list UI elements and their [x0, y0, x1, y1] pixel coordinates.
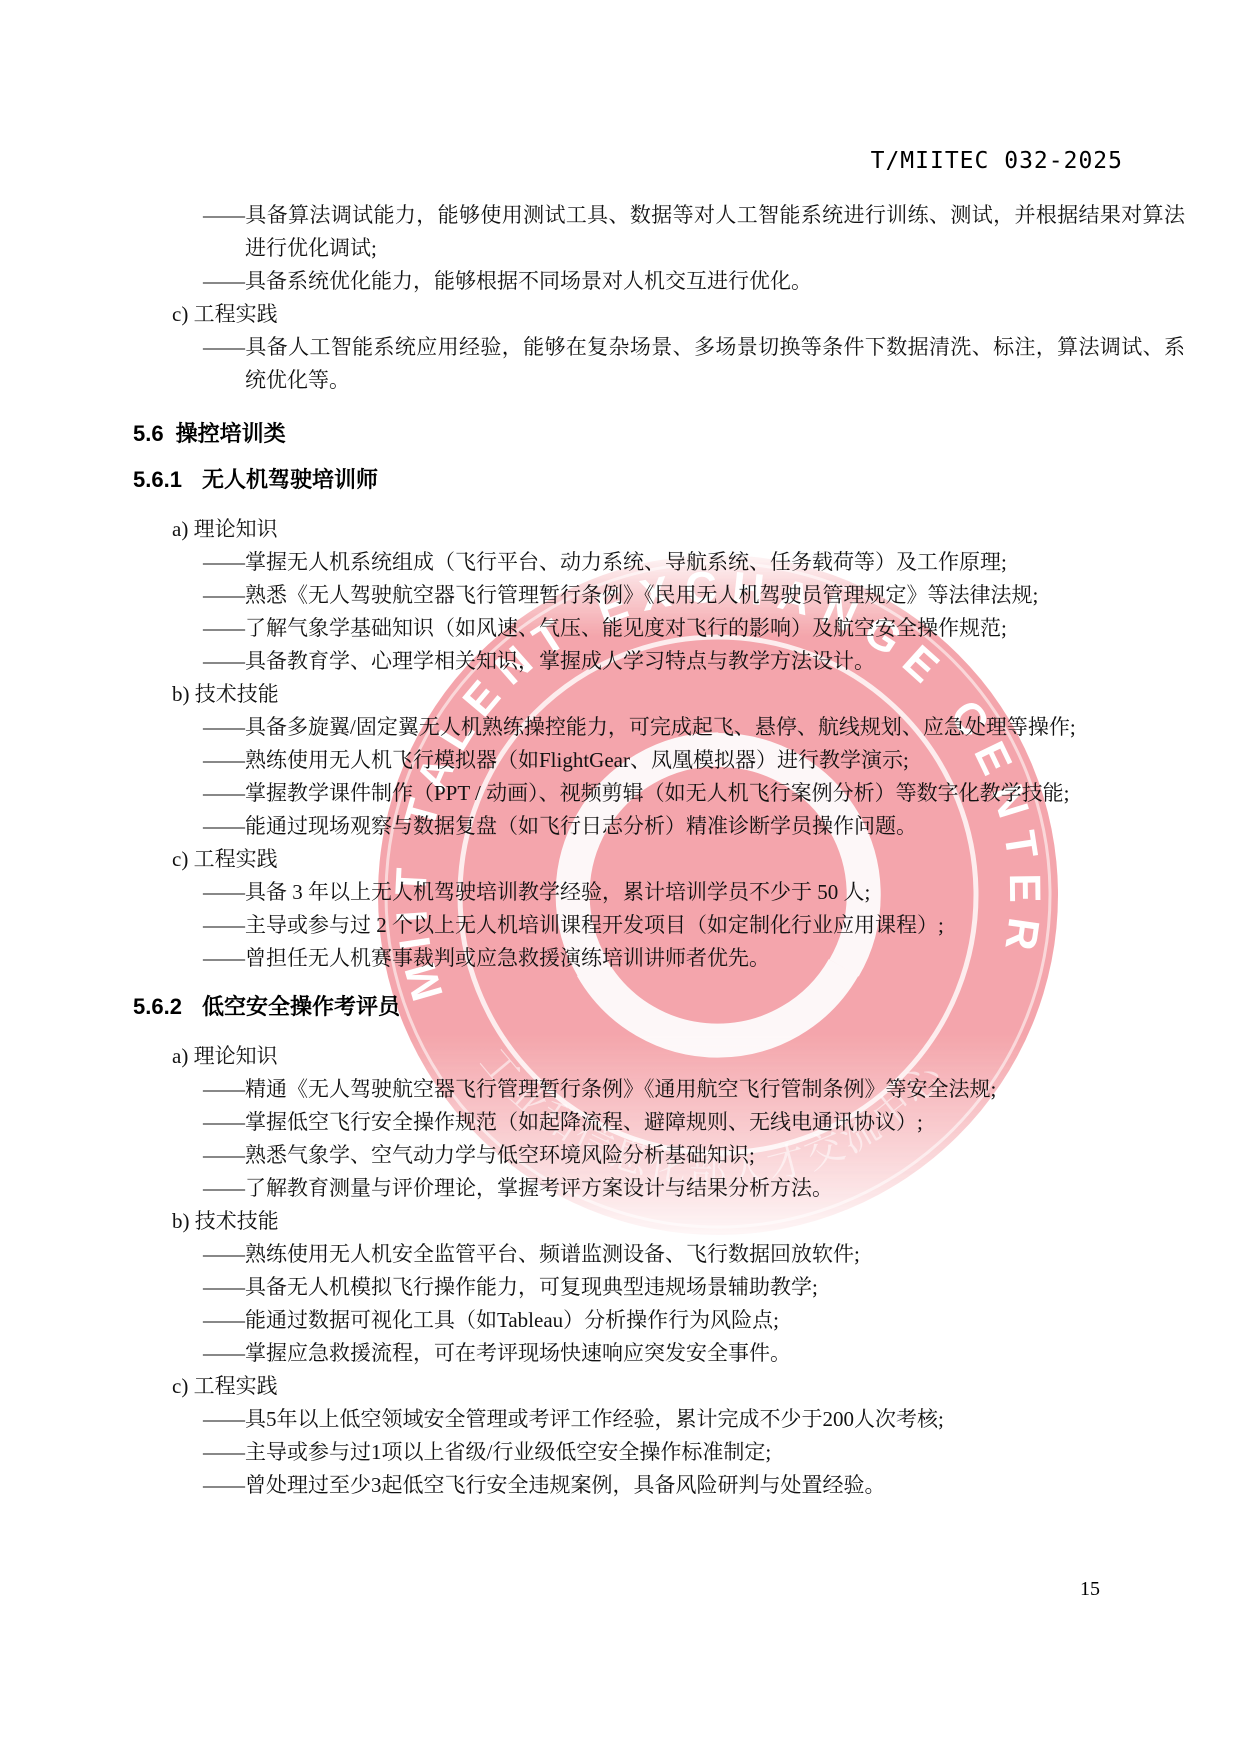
section-number: 5.6	[133, 417, 164, 450]
section-heading: 5.6操控培训类	[133, 417, 1241, 450]
list-item-dash: ——主导或参与过1项以上省级/行业级低空安全操作标准制定;	[203, 1436, 1185, 1469]
section-title: 低空安全操作考评员	[202, 990, 400, 1023]
list-item-dash: ——能通过现场观察与数据复盘（如飞行日志分析）精准诊断学员操作问题。	[203, 810, 1185, 843]
list-item-dash: ——具5年以上低空领域安全管理或考评工作经验，累计完成不少于200人次考核;	[203, 1403, 1185, 1436]
clause-label: b) 技术技能	[172, 678, 1241, 711]
list-item-dash: ——熟悉《无人驾驶航空器飞行管理暂行条例》《民用无人机驾驶员管理规定》等法律法规…	[203, 579, 1185, 612]
section-title: 无人机驾驶培训师	[202, 463, 378, 496]
clause-label: a) 理论知识	[172, 1040, 1241, 1073]
list-item-dash: ——熟练使用无人机飞行模拟器（如FlightGear、凤凰模拟器）进行教学演示;	[203, 744, 1185, 777]
page-number: 15	[1080, 1578, 1100, 1601]
list-item-dash: ——掌握教学课件制作（PPT / 动画）、视频剪辑（如无人机飞行案例分析）等数字…	[203, 777, 1185, 810]
list-item-dash: ——掌握低空飞行安全操作规范（如起降流程、避障规则、无线电通讯协议）;	[203, 1106, 1185, 1139]
section-title: 操控培训类	[176, 417, 286, 450]
list-item-dash: ——了解教育测量与评价理论，掌握考评方案设计与结果分析方法。	[203, 1172, 1185, 1205]
document-page: MIIT TALENT EXCHANGE CENTER 工业和信息化部人才交流中…	[0, 0, 1241, 1755]
list-item-dash: ——具备多旋翼/固定翼无人机熟练操控能力，可完成起飞、悬停、航线规划、应急处理等…	[203, 711, 1185, 744]
list-item-dash: ——掌握应急救援流程，可在考评现场快速响应突发安全事件。	[203, 1337, 1185, 1370]
clause-label: c) 工程实践	[172, 1370, 1241, 1403]
list-item-dash: ——曾担任无人机赛事裁判或应急救援演练培训讲师者优先。	[203, 942, 1185, 975]
list-item-dash: ——熟悉气象学、空气动力学与低空环境风险分析基础知识;	[203, 1139, 1185, 1172]
list-item-dash: ——能通过数据可视化工具（如Tableau）分析操作行为风险点;	[203, 1304, 1185, 1337]
section-heading: 5.6.2低空安全操作考评员	[133, 990, 1241, 1023]
list-item-dash: ——了解气象学基础知识（如风速、气压、能见度对飞行的影响）及航空安全操作规范;	[203, 612, 1185, 645]
section-heading: 5.6.1无人机驾驶培训师	[133, 463, 1241, 496]
list-item-dash: ——精通《无人驾驶航空器飞行管理暂行条例》《通用航空飞行管制条例》等安全法规;	[203, 1073, 1185, 1106]
list-item-dash: ——具备算法调试能力，能够使用测试工具、数据等对人工智能系统进行训练、测试，并根…	[203, 199, 1185, 265]
list-item-dash: ——具备 3 年以上无人机驾驶培训教学经验，累计培训学员不少于 50 人;	[203, 876, 1185, 909]
document-number-header: T/MIITEC 032-2025	[871, 148, 1123, 174]
clause-label: b) 技术技能	[172, 1205, 1241, 1238]
clause-label: a) 理论知识	[172, 513, 1241, 546]
list-item-dash: ——具备教育学、心理学相关知识，掌握成人学习特点与教学方法设计。	[203, 645, 1185, 678]
list-item-dash: ——掌握无人机系统组成（飞行平台、动力系统、导航系统、任务载荷等）及工作原理;	[203, 546, 1185, 579]
section-number: 5.6.1	[133, 463, 182, 496]
list-item-dash: ——主导或参与过 2 个以上无人机培训课程开发项目（如定制化行业应用课程）;	[203, 909, 1185, 942]
list-item-dash: ——具备系统优化能力，能够根据不同场景对人机交互进行优化。	[203, 265, 1185, 298]
clause-label: c) 工程实践	[172, 298, 1241, 331]
list-item-dash: ——熟练使用无人机安全监管平台、频谱监测设备、飞行数据回放软件;	[203, 1238, 1185, 1271]
clause-label: c) 工程实践	[172, 843, 1241, 876]
section-number: 5.6.2	[133, 990, 182, 1023]
list-item-dash: ——曾处理过至少3起低空飞行安全违规案例，具备风险研判与处置经验。	[203, 1469, 1185, 1502]
list-item-dash: ——具备无人机模拟飞行操作能力，可复现典型违规场景辅助教学;	[203, 1271, 1185, 1304]
list-item-dash: ——具备人工智能系统应用经验，能够在复杂场景、多场景切换等条件下数据清洗、标注，…	[203, 331, 1185, 397]
document-body: ——具备算法调试能力，能够使用测试工具、数据等对人工智能系统进行训练、测试，并根…	[0, 199, 1241, 1502]
